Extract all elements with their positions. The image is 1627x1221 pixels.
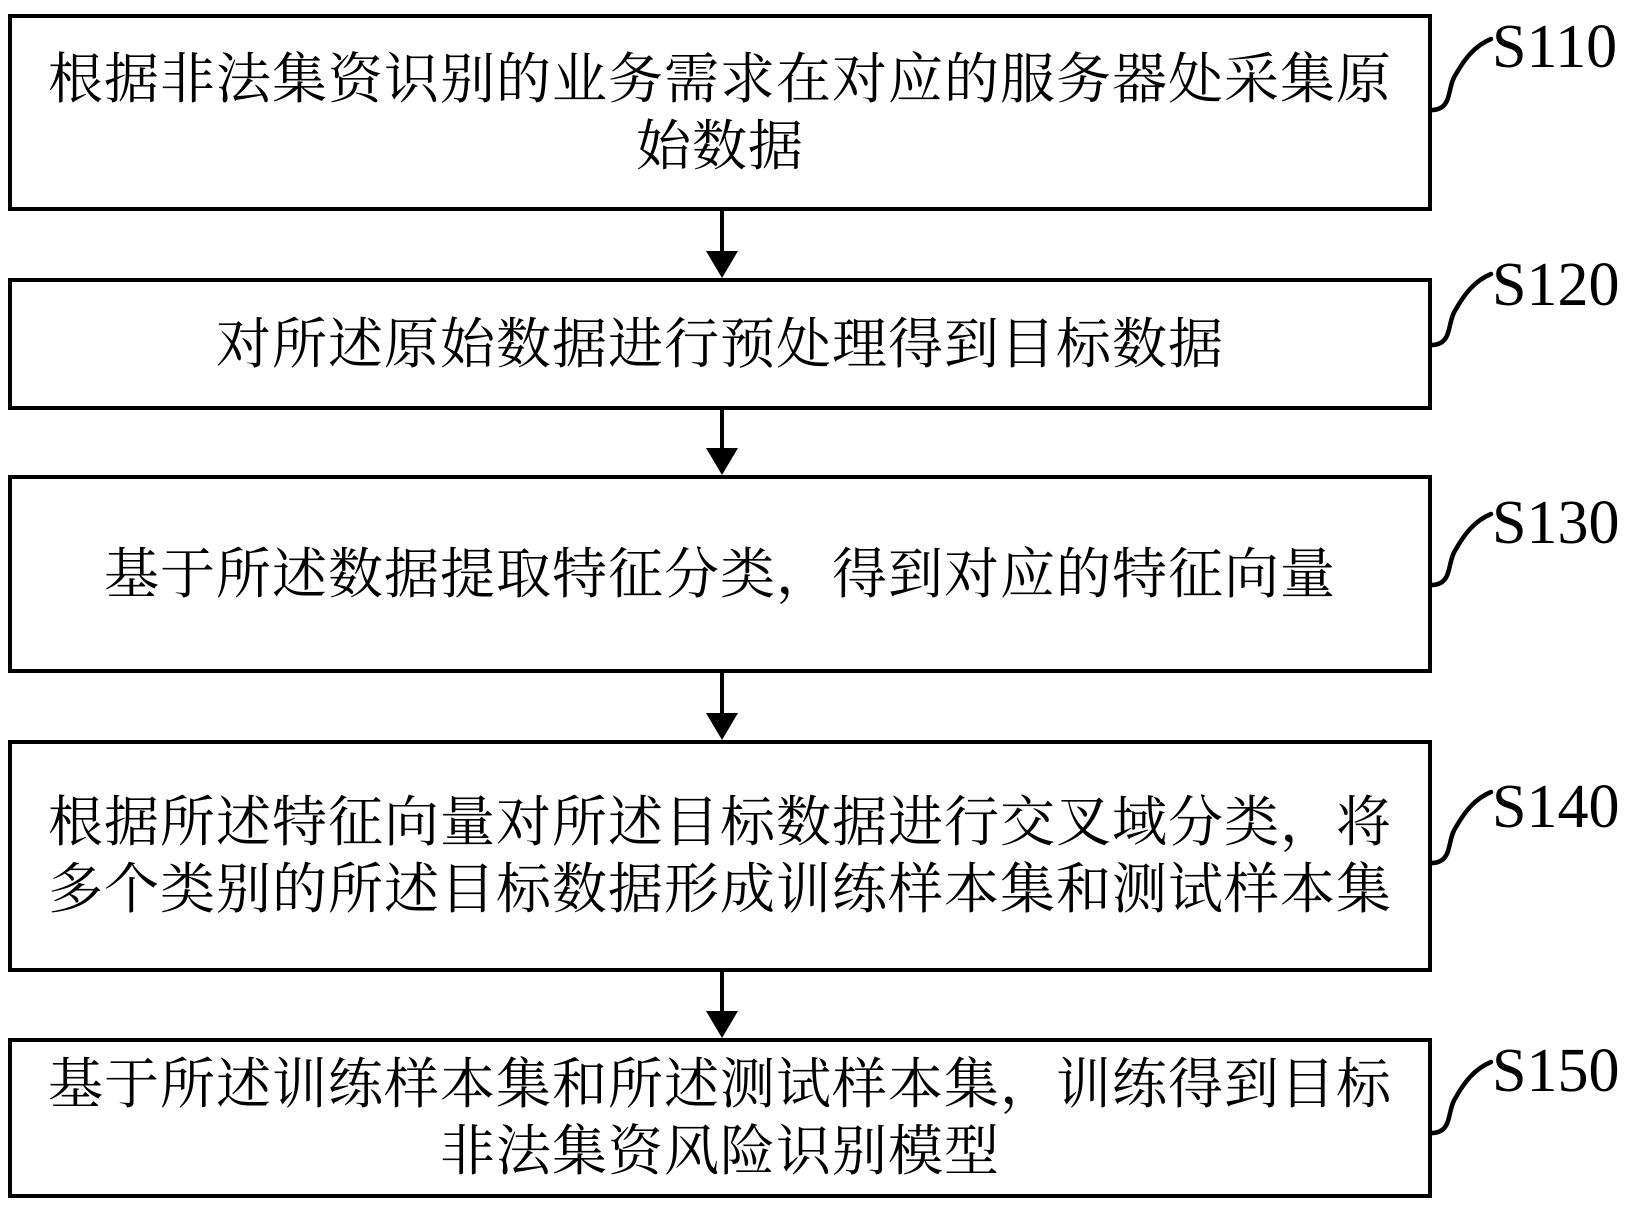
arrowhead-icon	[706, 251, 738, 278]
step-label-s150: S150	[1492, 1036, 1619, 1107]
flow-box-text-line: 非法集资风险识别模型	[440, 1118, 1000, 1185]
flow-arrow-down	[702, 972, 742, 1038]
flow-box-step-1: 根据非法集资识别的业务需求在对应的服务器处采集原 始数据	[8, 14, 1432, 211]
leader-curve	[1428, 787, 1494, 869]
step-label-s120: S120	[1492, 250, 1619, 321]
flow-box-text-line: 多个类别的所述目标数据形成训练样本集和测试样本集	[48, 856, 1392, 923]
flow-box-text-line: 对所述原始数据进行预处理得到目标数据	[216, 311, 1224, 378]
arrowhead-icon	[706, 1011, 738, 1038]
flow-box-step-4: 根据所述特征向量对所述目标数据进行交叉域分类，将 多个类别的所述目标数据形成训练…	[8, 740, 1432, 972]
flowchart-figure: 根据非法集资识别的业务需求在对应的服务器处采集原 始数据 S110 对所述原始数…	[0, 0, 1627, 1221]
flow-box-text-line: 基于所述数据提取特征分类，得到对应的特征向量	[104, 541, 1336, 608]
flow-box-text-line: 基于所述训练样本集和所述测试样本集，训练得到目标	[48, 1051, 1392, 1118]
flow-box-step-5: 基于所述训练样本集和所述测试样本集，训练得到目标 非法集资风险识别模型	[8, 1038, 1432, 1198]
step-label-s130: S130	[1492, 488, 1619, 559]
leader-curve	[1428, 269, 1494, 351]
leader-curve	[1428, 1057, 1494, 1139]
leader-curve	[1428, 509, 1494, 591]
flow-arrow-down	[702, 211, 742, 278]
arrowhead-icon	[706, 448, 738, 475]
flow-box-step-3: 基于所述数据提取特征分类，得到对应的特征向量	[8, 475, 1432, 673]
step-label-s110: S110	[1492, 12, 1617, 83]
flow-box-text-line: 根据非法集资识别的业务需求在对应的服务器处采集原	[48, 46, 1392, 113]
step-label-s140: S140	[1492, 772, 1619, 843]
flow-box-step-2: 对所述原始数据进行预处理得到目标数据	[8, 278, 1432, 410]
flow-box-text-line: 始数据	[636, 113, 804, 180]
flow-arrow-down	[702, 673, 742, 740]
leader-curve	[1428, 34, 1494, 116]
flow-arrow-down	[702, 410, 742, 475]
arrowhead-icon	[706, 713, 738, 740]
flow-box-text-line: 根据所述特征向量对所述目标数据进行交叉域分类，将	[48, 789, 1392, 856]
